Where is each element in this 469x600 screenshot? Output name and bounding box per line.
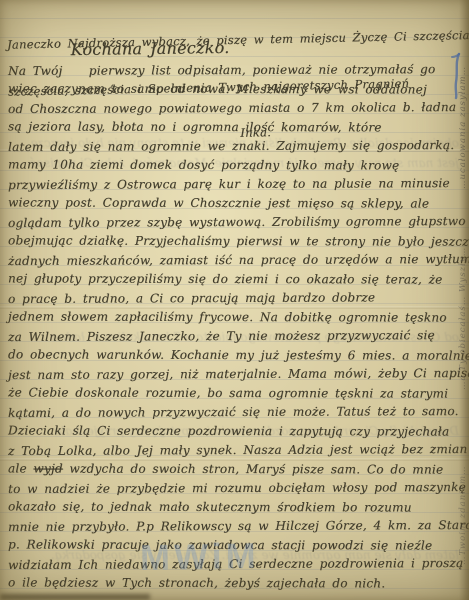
letter-line: kątami, a do nowych przyzwyczaić się nie… [8,402,459,423]
letter-body: Na Twój pierwszy list odpisałam, poniewa… [8,61,459,593]
letter-line: o pracę b. trudno, a Ci co pracują mają … [8,288,459,309]
letter-line: obejmując działkę. Przyjechaliśmy pierws… [8,231,459,251]
letter-line: jest nam sto razy gorzej, niż materjalni… [8,364,459,385]
letter-line-with-strikeout: ale wyjd wzdycha do swoich stron, Maryś … [8,459,459,479]
letter-line: że Ciebie doskonale rozumie, bo sama ogr… [8,383,459,403]
letter-line: oglądam tylko przez szybę wystawową. Zro… [8,212,459,233]
letter-line: to w nadziei że przybędzie mi rozumu obc… [8,478,459,499]
letter-line: są jeziora lasy, błota no i ogromna iloś… [8,117,459,137]
letter-line: więc zaczynam to samo od nowa. Mieszkamy… [8,79,459,99]
letter-line: o ile będziesz w Tych stronach, żebyś za… [8,573,459,593]
letter-line: z Tobą Lolka, albo Jej mały synek. Nasza… [8,440,459,461]
letter-line: nej głupoty przyczepiliśmy się do ziemi … [8,269,459,289]
letter-line: od Choszczna nowego powiatowego miasta o… [8,98,459,119]
strike-post: wzdycha do swoich stron, Maryś pisze sam… [63,462,444,477]
letter-line: p. Relikowski pracuje jako zawiadowca st… [8,535,459,555]
paper-edge-shadow [0,594,150,600]
letter-line: przywieźliśmy z Ostrowca parę kur i kozę… [8,174,459,195]
paper-edge-shadow [459,0,469,600]
letter-line: Dzieciaki ślą Ci serdeczne pozdrowienia … [8,421,459,441]
letter-line: mnie nie przybyło. P.p Relikowscy są w H… [8,516,459,537]
letter-line: mamy 10ha ziemi domek dosyć porządny tyl… [8,155,459,175]
letter-scan: obejmując działkę. Przyjechaliśmy pierws… [0,0,469,600]
letter-line: Na Twój pierwszy list odpisałam, poniewa… [8,60,459,81]
letter-line: do obecnych warunków. Kochanie my już je… [8,345,459,365]
letter-line: żadnych mieszkańców, zamiast iść na prac… [8,250,459,271]
struck-word: wyjd [33,461,62,475]
letter-line: okazało się, to jednak mało skutecznym ś… [8,497,459,517]
strike-pre: ale [8,461,33,475]
letter-line: widziałam Ich niedawno zasyłają Ci serde… [8,554,459,575]
letter-line: jednem słowem zapłaciliśmy frycowe. Na d… [8,307,459,327]
letter-line: za Wilnem. Piszesz Janeczko, że Ty nie m… [8,326,459,347]
letter-line: wieczny post. Coprawda w Choszcznie jest… [8,193,459,213]
letter-line: latem dały się nam ogromnie we znaki. Za… [8,136,459,157]
